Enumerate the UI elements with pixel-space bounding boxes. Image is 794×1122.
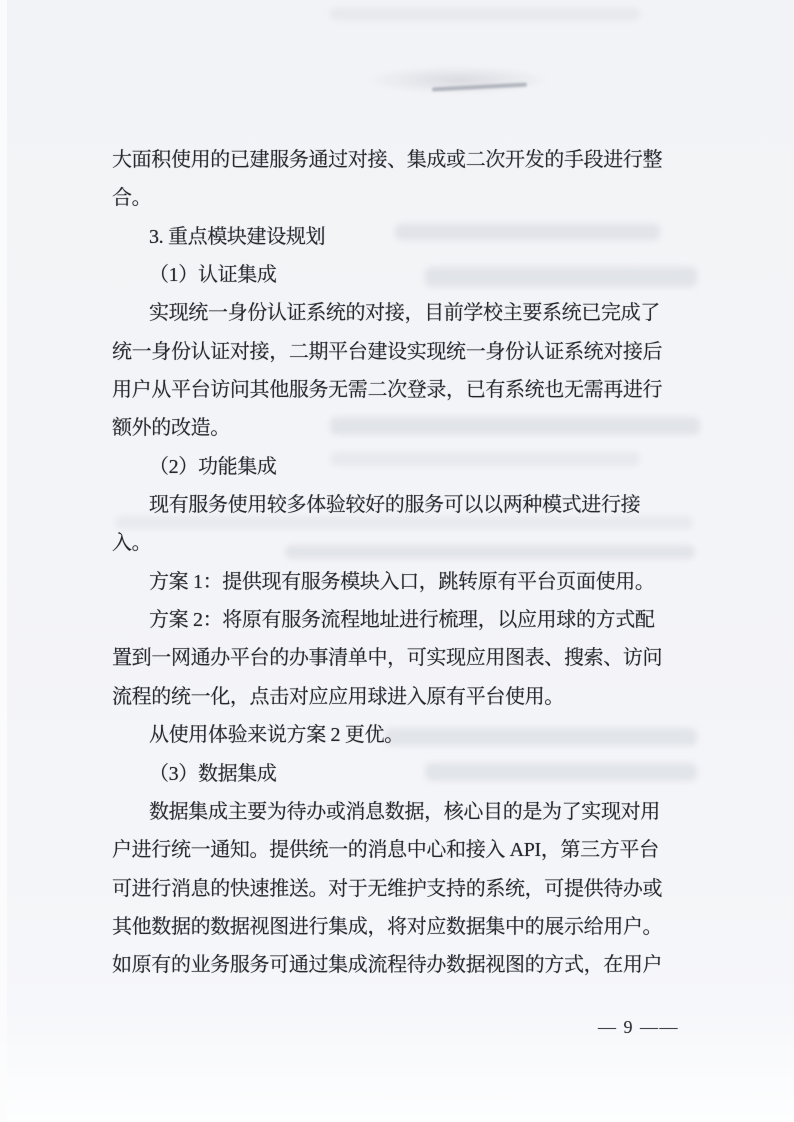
text-line: 流程的统一化，点击对应应用球进入原有平台使用。 [112,678,690,716]
page-number: — 9 —— [598,1017,718,1038]
text-line: 方案 2：将原有服务流程地址进行梳理，以应用球的方式配 [112,601,690,639]
text-line: 可进行消息的快速推送。对于无维护支持的系统，可提供待办或 [112,870,690,908]
text-line: 户进行统一通知。提供统一的消息中心和接入 API，第三方平台 [112,831,690,869]
text-line: 现有服务使用较多体验较好的服务可以以两种模式进行接 [112,486,690,524]
text-line: 如原有的业务服务可通过集成流程待办数据视图的方式，在用户 [112,946,690,984]
text-line: 入。 [112,524,690,562]
text-line: 用户从平台访问其他服务无需二次登录，已有系统也无需再进行 [112,371,690,409]
text-line: 合。 [112,179,690,217]
document-body: 大面积使用的已建服务通过对接、集成或二次开发的手段进行整合。3. 重点模块建设规… [112,141,690,985]
text-line: 置到一网通办平台的办事清单中，可实现应用图表、搜索、访问 [112,639,690,677]
text-line: 3. 重点模块建设规划 [112,218,690,256]
text-line: 实现统一身份认证系统的对接，目前学校主要系统已完成了 [112,294,690,332]
text-line: 从使用体验来说方案 2 更优。 [112,716,690,754]
text-line: 大面积使用的已建服务通过对接、集成或二次开发的手段进行整 [112,141,690,179]
text-line: 其他数据的数据视图进行集成，将对应数据集中的展示给用户。 [112,908,690,946]
text-line: （1）认证集成 [112,256,690,294]
text-line: 统一身份认证对接，二期平台建设实现统一身份认证系统对接后 [112,333,690,371]
scanned-document-page: 大面积使用的已建服务通过对接、集成或二次开发的手段进行整合。3. 重点模块建设规… [0,0,794,1122]
text-line: 额外的改造。 [112,409,690,447]
text-line: 方案 1：提供现有服务模块入口，跳转原有平台页面使用。 [112,563,690,601]
text-line: 数据集成主要为待办或消息数据，核心目的是为了实现对用 [112,793,690,831]
bleed-through-artifact [330,8,640,20]
scan-edge-highlight [0,0,7,1122]
text-line: （2）功能集成 [112,448,690,486]
text-line: （3）数据集成 [112,755,690,793]
